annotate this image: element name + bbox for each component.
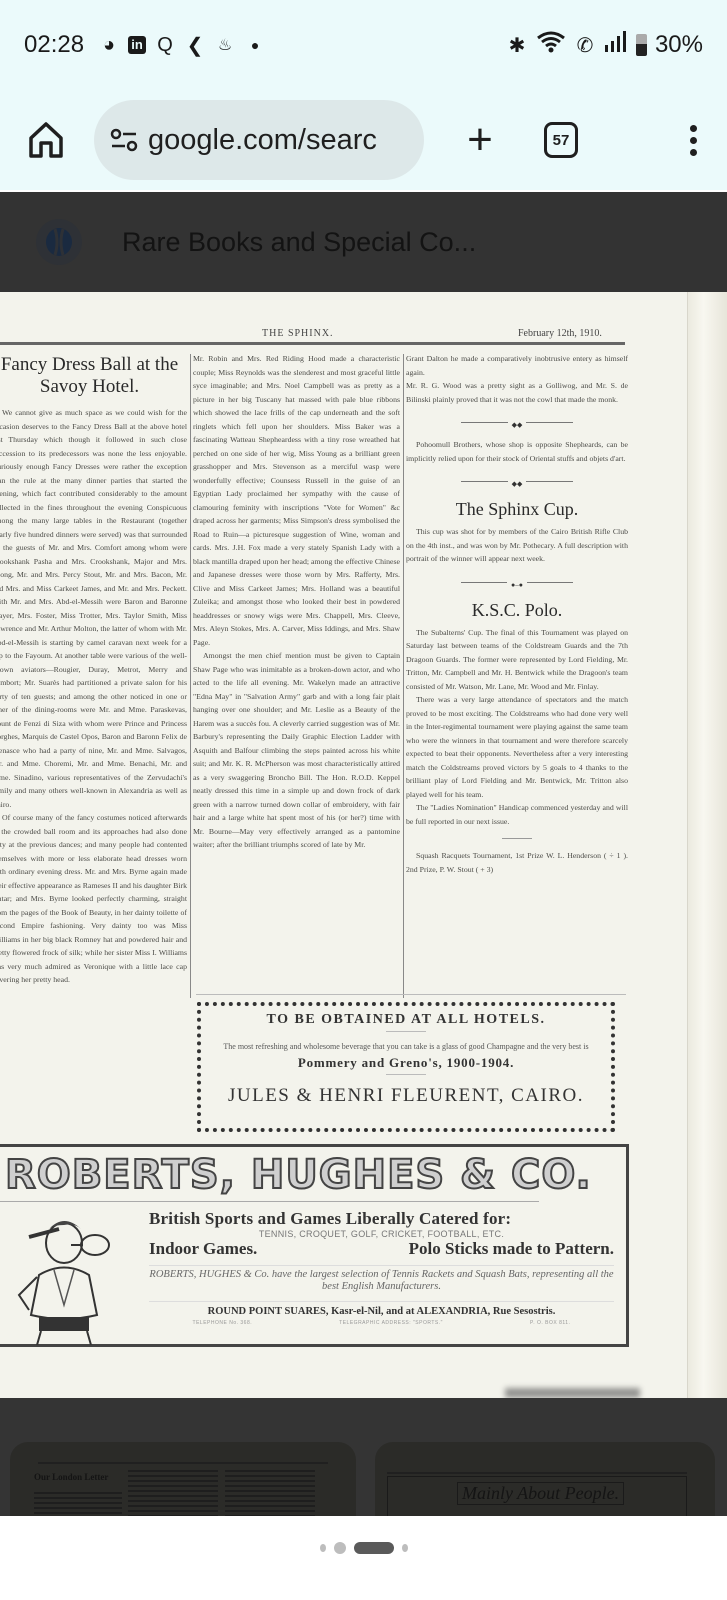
menu-dot-icon [690, 125, 697, 132]
pager-dot[interactable] [402, 1544, 408, 1552]
plus-icon: + [467, 115, 493, 164]
pager-dot-active[interactable] [354, 1542, 394, 1554]
section-title-polo: K.S.C. Polo. [406, 598, 628, 622]
article-title-line1: Fancy Dress Ball at the [0, 354, 187, 376]
article-paragraph: Squash Racquets Tournament, 1st Prize W.… [406, 849, 628, 876]
column-2: Mr. Robin and Mrs. Red Riding Hood made … [193, 352, 400, 852]
page-thumbnail[interactable]: Mainly About People. [375, 1442, 715, 1516]
status-right: ✱ ✆ 30% [506, 30, 703, 61]
article-paragraph: This cup was shot for by members of the … [406, 525, 628, 566]
menu-dot-icon [690, 149, 697, 156]
ad-rule [386, 1031, 426, 1032]
site-settings-icon[interactable] [110, 128, 138, 152]
article-paragraph: There was a very large attendance of spe… [406, 693, 628, 801]
menu-dot-icon [690, 137, 697, 144]
new-tab-button[interactable]: + [458, 118, 502, 162]
pager-dot[interactable] [320, 1544, 326, 1552]
ad-body: The most refreshing and wholesome bevera… [201, 1042, 611, 1051]
column-divider [403, 354, 404, 998]
search-app-icon: Q [154, 34, 176, 57]
thumbnail-text-block [225, 1470, 315, 1516]
section-rule [196, 994, 626, 995]
article-paragraph: We cannot give as much space as we could… [0, 406, 187, 811]
article-paragraph: Amongst the men chief mention must be gi… [193, 649, 400, 852]
article-paragraph: The Subalterns' Cup. The final of this T… [406, 626, 628, 694]
carousel-pager [0, 1516, 727, 1600]
browser-toolbar: google.com/searc + 57 [0, 90, 727, 190]
ad-telephone: TELEPHONE No. 368. [193, 1320, 253, 1326]
article-paragraph: Of course many of the fancy costumes not… [0, 811, 187, 987]
header-rule [0, 342, 625, 345]
home-button[interactable] [24, 118, 68, 162]
ad-brand: Pommery and Greno's, 1900-1904. [201, 1055, 611, 1071]
dot-icon: ● [244, 37, 266, 53]
site-title: Rare Books and Special Co... [122, 227, 476, 258]
ad-contact-line: TELEPHONE No. 368. TELEGRAPHIC ADDRESS: … [149, 1320, 614, 1326]
thumbnail-rule [38, 1462, 328, 1464]
ad-line-4: ROBERTS, HUGHES & Co. have the largest s… [149, 1265, 614, 1293]
column-divider [190, 354, 191, 998]
battery-level: 30% [655, 31, 703, 59]
page-shadow-smudge [505, 1388, 640, 1398]
ad-text-block: British Sports and Games Liberally Cater… [149, 1209, 614, 1326]
ad-line-2: TENNIS, CROQUET, GOLF, CRICKET, FOOTBALL… [149, 1229, 614, 1239]
running-title: THE SPHINX. [262, 328, 334, 339]
ad-line-5: ROUND POINT SUARES, Kasr-el-Nil, and at … [149, 1301, 614, 1317]
gourd-icon: ♨ [214, 35, 236, 55]
ad-pobox: P. O. BOX 811. [530, 1320, 570, 1326]
document-page-viewer[interactable]: THE SPHINX. February 12th, 1910. Fancy D… [0, 292, 727, 1398]
wifi-icon [536, 30, 566, 61]
champagne-advertisement: TO BE OBTAINED AT ALL HOTELS. The most r… [197, 1002, 615, 1132]
overflow-menu-button[interactable] [683, 125, 703, 156]
home-icon [28, 121, 64, 159]
pager-dot[interactable] [334, 1542, 346, 1554]
short-rule [502, 838, 532, 839]
status-bar: 02:28 ◕ in Q ❮ ♨ ● ✱ ✆ 30% [0, 0, 727, 90]
article-paragraph: Grant Dalton he made a comparatively ino… [406, 352, 628, 379]
wifi-calling-icon: ✆ [574, 33, 596, 58]
column-3: Grant Dalton he made a comparatively ino… [406, 352, 628, 876]
ornament-divider: ●–● [406, 578, 628, 586]
page-thumbnail-carousel: Our London Letter Mainly About People. [0, 1398, 727, 1516]
article-paragraph: Mr. R. G. Wood was a pretty sight as a G… [406, 379, 628, 406]
thumbnail-text-block [34, 1492, 122, 1516]
ad-line-3-left: Indoor Games. [149, 1239, 257, 1259]
ad-line-3: Indoor Games. Polo Sticks made to Patter… [149, 1239, 614, 1259]
site-logo [36, 219, 82, 265]
page-thumbnail[interactable]: Our London Letter [10, 1442, 356, 1516]
ad-line-3-right: Polo Sticks made to Pattern. [409, 1239, 614, 1259]
notice-paragraph: Pohoomull Brothers, whose shop is opposi… [406, 438, 628, 465]
ad-rule [386, 1074, 426, 1075]
bluetooth-icon: ✱ [506, 33, 528, 58]
status-time: 02:28 [24, 31, 84, 59]
send-icon: ❮ [184, 33, 206, 58]
running-date: February 12th, 1910. [518, 328, 602, 339]
ornament-divider: ◆◆ [406, 418, 628, 426]
article-title: Fancy Dress Ball at the Savoy Hotel. [0, 354, 187, 398]
section-title-sphinx-cup: The Sphinx Cup. [406, 497, 628, 521]
ad-firm: JULES & HENRI FLEURENT, CAIRO. [201, 1085, 611, 1107]
battery-icon [636, 34, 647, 56]
ad-headline: TO BE OBTAINED AT ALL HOTELS. [201, 1012, 611, 1028]
address-bar[interactable]: google.com/searc [94, 100, 424, 180]
article-paragraph: Mr. Robin and Mrs. Red Riding Hood made … [193, 352, 400, 649]
sports-advertisement: ROBERTS, HUGHES & CO. British Sports and… [0, 1144, 629, 1347]
ad-line-1: British Sports and Games Liberally Cater… [149, 1209, 614, 1229]
ad-firm-name: ROBERTS, HUGHES & CO. [0, 1147, 539, 1202]
page-edge [687, 292, 727, 1398]
url-text[interactable]: google.com/searc [148, 124, 398, 157]
column-1: Fancy Dress Ball at the Savoy Hotel. We … [0, 352, 187, 987]
institution-logo-icon [44, 227, 74, 257]
tab-count: 57 [553, 132, 570, 149]
site-header: Rare Books and Special Co... [0, 192, 727, 292]
thumbnail-title: Our London Letter [34, 1472, 108, 1482]
ad-telegraphic: TELEGRAPHIC ADDRESS: "SPORTS." [339, 1320, 443, 1326]
signal-icon [604, 31, 628, 60]
pokeball-icon: ◕ [98, 34, 120, 57]
tennis-player-illustration-icon [9, 1215, 119, 1345]
thumbnail-title: Mainly About People. [457, 1482, 624, 1505]
tab-switcher-button[interactable]: 57 [544, 122, 578, 158]
status-left: 02:28 ◕ in Q ❮ ♨ ● [24, 31, 266, 59]
article-title-line2: Savoy Hotel. [0, 376, 187, 398]
thumbnail-text-block [128, 1470, 218, 1516]
article-paragraph: The "Ladies Nomination" Handicap commenc… [406, 801, 628, 828]
ornament-divider: ◆◆ [406, 477, 628, 485]
linkedin-icon: in [128, 36, 146, 54]
thumbnail-rule [387, 1472, 687, 1474]
